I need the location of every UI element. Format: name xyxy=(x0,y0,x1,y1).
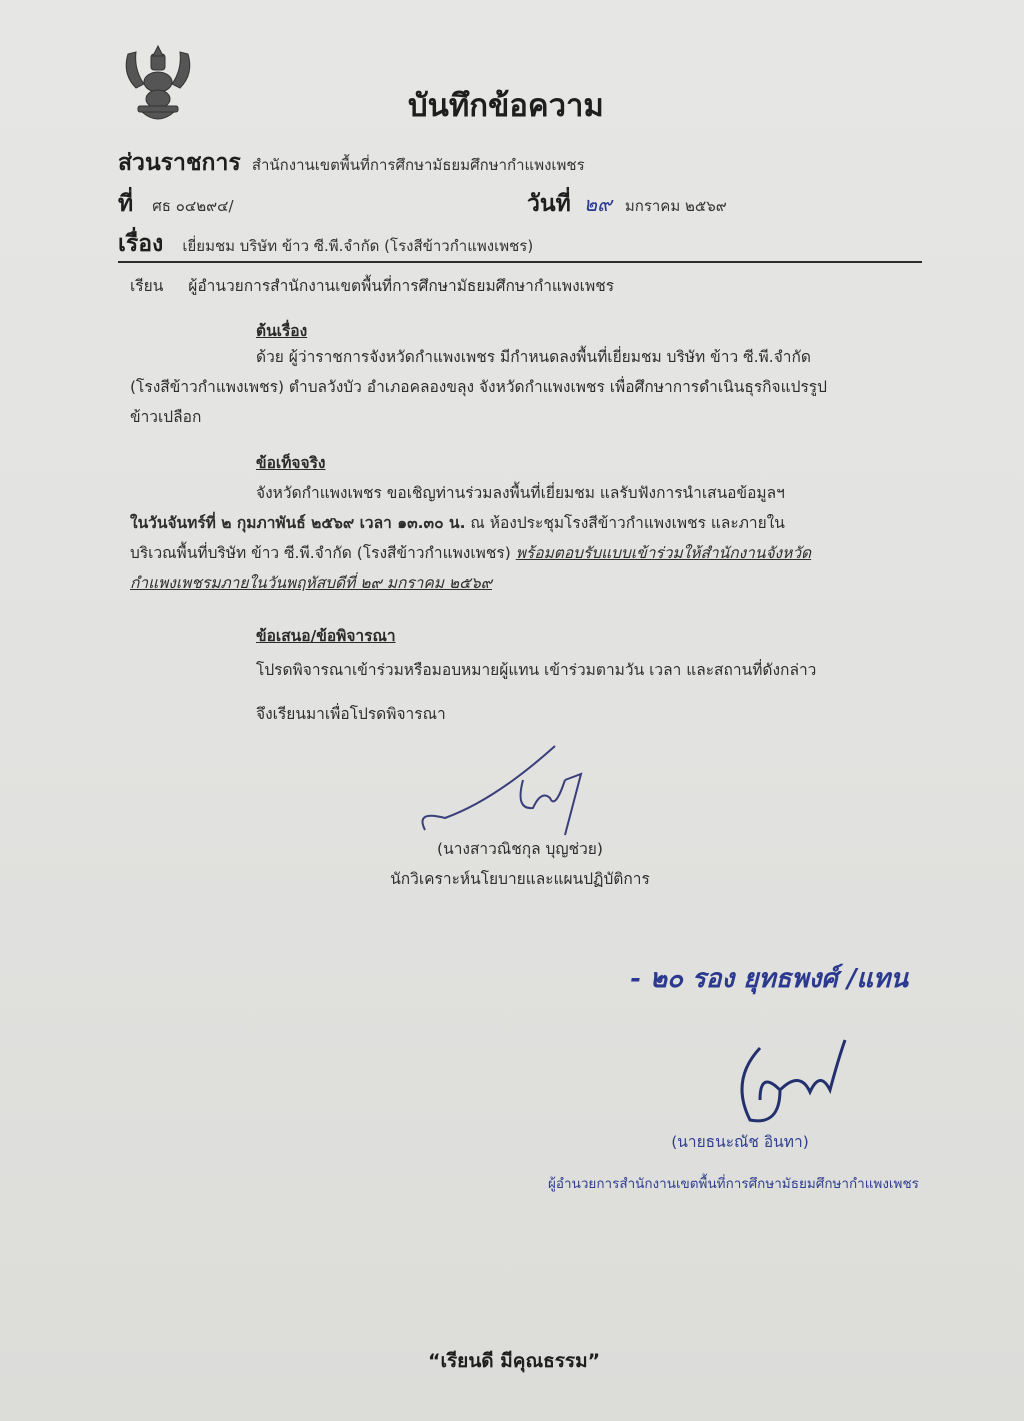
department-label: ส่วนราชการ xyxy=(118,150,241,176)
facts-line-3-plain: บริเวณพื้นที่บริษัท ข้าว ซี.พี.จำกัด (โร… xyxy=(130,544,516,562)
facts-heading: ข้อเท็จจริง xyxy=(256,450,325,475)
background-line-1: ด้วย ผู้ว่าราชการจังหวัดกำแพงเพชร มีกำหน… xyxy=(256,348,811,367)
department-row: ส่วนราชการ สำนักงานเขตพื้นที่การศึกษามัธ… xyxy=(118,145,585,181)
handwritten-approval-note: - ๒๐ รอง ยุทธพงศ์ /แทน xyxy=(630,958,908,999)
signature-2-icon xyxy=(720,1030,860,1130)
header-divider xyxy=(118,261,922,263)
date-label: วันที่ xyxy=(527,191,571,217)
date-month-year: มกราคม ๒๕๖๙ xyxy=(625,197,727,215)
motto: “เรียนดี มีคุณธรรม” xyxy=(428,1346,600,1376)
facts-line-1: จังหวัดกำแพงเพชร ขอเชิญท่านร่วมลงพื้นที่… xyxy=(256,484,785,503)
facts-line-2: ในวันจันทร์ที่ ๒ กุมภาพันธ์ ๒๕๖๙ เวลา ๑๓… xyxy=(130,514,785,533)
background-heading: ต้นเรื่อง xyxy=(256,318,307,343)
background-line-3: ข้าวเปลือก xyxy=(130,408,201,427)
date-row: วันที่ ๒๙ มกราคม ๒๕๖๙ xyxy=(527,186,727,222)
signer-name: (นางสาวณิชกุล บุญช่วย) xyxy=(370,840,670,859)
approver-name: (นายธนะณัช อินทา) xyxy=(610,1133,870,1152)
signature-1-icon xyxy=(415,740,605,840)
subject-row: เรื่อง เยี่ยมชม บริษัท ข้าว ซี.พี.จำกัด … xyxy=(118,226,533,262)
subject-label: เรื่อง xyxy=(118,231,163,257)
proposal-text: โปรดพิจารณาเข้าร่วมหรือมอบหมายผู้แทน เข้… xyxy=(256,661,816,680)
facts-deadline: กำแพงเพชรมภายในวันพฤหัสบดีที่ ๒๙ มกราคม … xyxy=(130,574,492,593)
memo-title: บันทึกข้อความ xyxy=(408,80,604,130)
subject-value: เยี่ยมชม บริษัท ข้าว ซี.พี.จำกัด (โรงสีข… xyxy=(182,237,533,255)
facts-line-3-emphasis: พร้อมตอบรับแบบเข้าร่วมให้สำนักงานจังหวัด xyxy=(516,544,811,562)
date-day-handwritten: ๒๙ xyxy=(584,192,612,216)
ref-row: ที่ ศธ ๐๔๒๙๔/ xyxy=(118,186,234,222)
ref-label: ที่ xyxy=(118,191,133,217)
background-line-2: (โรงสีข้าวกำแพงเพชร) ตำบลวังบัว อำเภอคลอ… xyxy=(130,378,827,397)
to-label: เรียน xyxy=(130,277,163,295)
closing-text: จึงเรียนมาเพื่อโปรดพิจารณา xyxy=(256,705,446,724)
approver-position: ผู้อำนวยการสำนักงานเขตพื้นที่การศึกษามัธ… xyxy=(548,1172,919,1194)
garuda-emblem-icon xyxy=(118,44,198,126)
facts-line-3: บริเวณพื้นที่บริษัท ข้าว ซี.พี.จำกัด (โร… xyxy=(130,544,811,563)
to-row: เรียน ผู้อำนวยการสำนักงานเขตพื้นที่การศึ… xyxy=(130,277,614,296)
department-value: สำนักงานเขตพื้นที่การศึกษามัธยมศึกษากำแพ… xyxy=(252,156,585,174)
facts-event-datetime: ในวันจันทร์ที่ ๒ กุมภาพันธ์ ๒๕๖๙ เวลา ๑๓… xyxy=(130,514,466,532)
signer-position: นักวิเคราะห์นโยบายและแผนปฏิบัติการ xyxy=(360,870,680,889)
facts-line-2-rest: ณ ห้องประชุมโรงสีข้าวกำแพงเพชร และภายใน xyxy=(466,514,785,532)
ref-number: ศธ ๐๔๒๙๔/ xyxy=(152,197,233,215)
proposal-heading: ข้อเสนอ/ข้อพิจารณา xyxy=(256,623,396,648)
to-value: ผู้อำนวยการสำนักงานเขตพื้นที่การศึกษามัธ… xyxy=(188,277,614,295)
